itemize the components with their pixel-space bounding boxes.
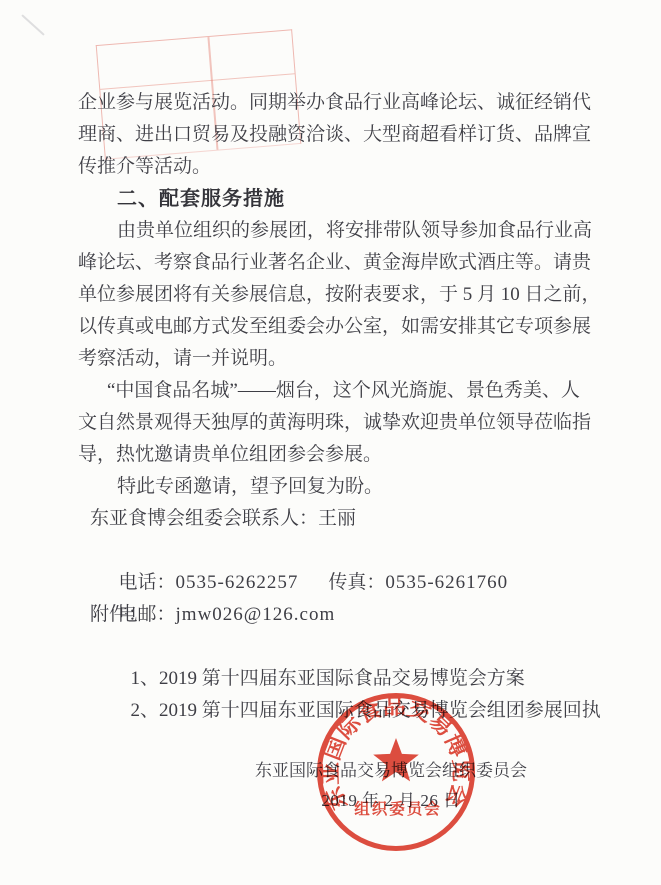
attachment-number: 2、 — [131, 700, 160, 721]
body-line: 由贵单位组织的参展团，将安排带队领导参加食品行业高 — [78, 215, 608, 247]
body-line: 考察活动，请一并说明。 — [78, 343, 608, 375]
attachment-title: 2019 第十四届东亚国际食品交易博览会组团参展回执 — [159, 700, 601, 721]
section-heading: 二、配套服务措施 — [78, 183, 608, 215]
body-line: “中国食品名城”——烟台，这个风光旖旎、景色秀美、人 — [78, 375, 608, 407]
body-line: 企业参与展览活动。同期举办食品行业高峰论坛、诚征经销代 — [78, 87, 608, 119]
contact-phone-line: 电话：0535-6262257传真：0535-6261760 — [78, 535, 608, 567]
pencil-mark — [21, 14, 45, 36]
body-line: 峰论坛、考察食品行业著名企业、黄金海岸欧式酒庄等。请贵 — [78, 247, 608, 279]
fax-number: 0535-6261760 — [385, 572, 508, 593]
attachment-title: 2019 第十四届东亚国际食品交易博览会方案 — [159, 668, 525, 689]
attachment-number: 1、 — [131, 668, 160, 689]
scanned-letter-page: 企业参与展览活动。同期举办食品行业高峰论坛、诚征经销代 理商、进出口贸易及投融资… — [0, 0, 661, 885]
contact-person-line: 东亚食博会组委会联系人：王丽 — [78, 503, 608, 535]
body-line: 理商、进出口贸易及投融资洽谈、大型商超看样订货、品牌宣 — [78, 119, 608, 151]
fax-label: 传真： — [328, 572, 385, 593]
body-line: 传推介等活动。 — [78, 151, 608, 183]
signature-date: 2019 年 2 月 26 日 — [255, 786, 527, 816]
body-line: 导，热忱邀请贵单位组团参会参展。 — [78, 439, 608, 471]
body-line: 单位参展团将有关参展信息，按附表要求，于 5 月 10 日之前， — [78, 279, 608, 311]
attachment-item: 1、2019 第十四届东亚国际食品交易博览会方案 — [78, 631, 608, 663]
body-line: 以传真或电邮方式发至组委会办公室，如需安排其它专项参展 — [78, 311, 608, 343]
email-address: jmw026@126.com — [176, 604, 336, 625]
closing-line: 特此专函邀请，望予回复为盼。 — [78, 471, 608, 503]
signature-org: 东亚国际食品交易博览会组织委员会 — [255, 756, 527, 786]
phone-label: 电话： — [119, 572, 176, 593]
letter-body: 企业参与展览活动。同期举办食品行业高峰论坛、诚征经销代 理商、进出口贸易及投融资… — [78, 87, 608, 695]
signature-block: 东亚国际食品交易博览会组织委员会 2019 年 2 月 26 日 — [255, 756, 527, 816]
body-line: 文自然景观得天独厚的黄海明珠，诚挚欢迎贵单位领导莅临指 — [78, 407, 608, 439]
phone-number: 0535-6262257 — [176, 572, 299, 593]
